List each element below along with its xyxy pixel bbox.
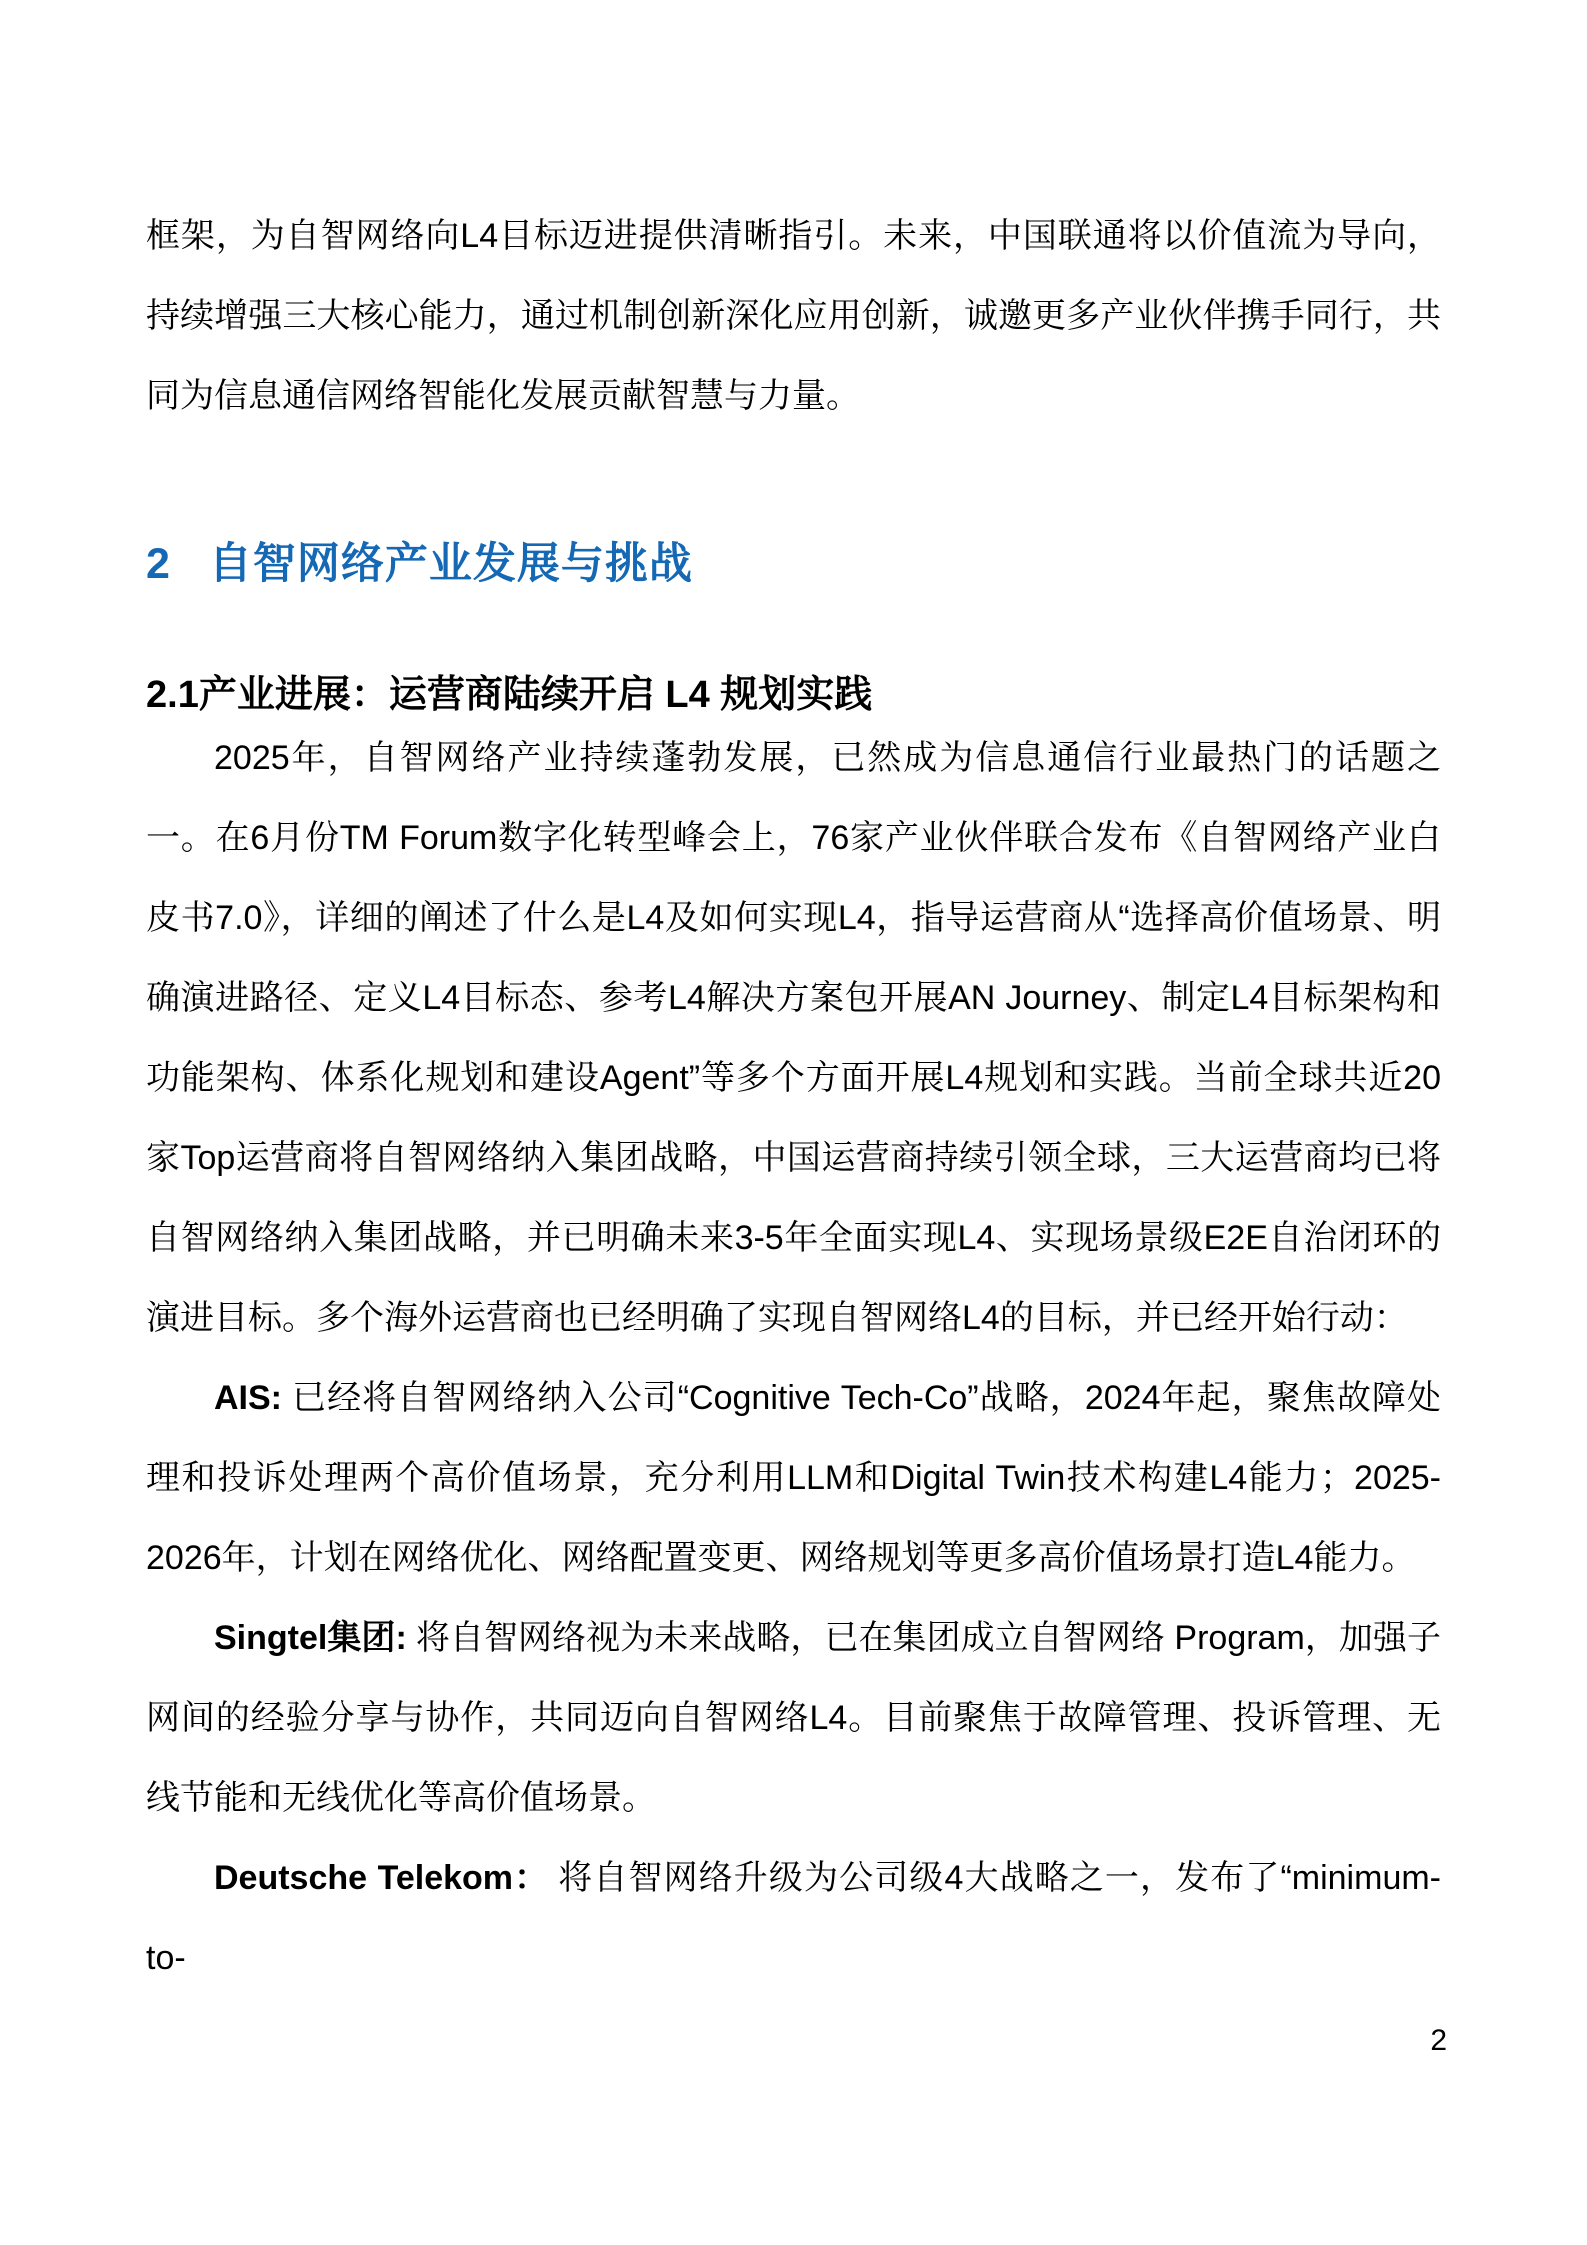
document-page: 框架，为自智网络向L4目标迈进提供清晰指引。未来，中国联通将以价值流为导向，持续… [0, 0, 1587, 2245]
section-number: 2 [146, 538, 171, 590]
paragraph-operator-ais: AIS:已经将自智网络纳入公司“Cognitive Tech-Co”战略，202… [146, 1358, 1441, 1598]
subsection-title: 产业进展：运营商陆续开启 L4 规划实践 [199, 674, 872, 716]
operator-name-ais: AIS: [214, 1379, 282, 1417]
paragraph-operator-deutsche-telekom: Deutsche Telekom：将自智网络升级为公司级4大战略之一，发布了“m… [146, 1838, 1441, 1998]
page-number: 2 [1430, 2023, 1447, 2059]
operator-name-singtel: Singtel集团: [214, 1619, 407, 1657]
subsection-number: 2.1 [146, 674, 199, 716]
operator-text-ais: 已经将自智网络纳入公司“Cognitive Tech-Co”战略，2024年起，… [146, 1379, 1441, 1577]
operator-name-deutsche-telekom: Deutsche Telekom： [214, 1859, 549, 1897]
paragraph-operator-singtel: Singtel集团:将自智网络视为未来战略，已在集团成立自智网络 Program… [146, 1598, 1441, 1838]
section-heading: 2 自智网络产业发展与挑战 [146, 538, 1441, 590]
paragraph-continuation: 框架，为自智网络向L4目标迈进提供清晰指引。未来，中国联通将以价值流为导向，持续… [146, 196, 1441, 436]
page-content: 框架，为自智网络向L4目标迈进提供清晰指引。未来，中国联通将以价值流为导向，持续… [146, 0, 1441, 1998]
subsection-heading: 2.1产业进展：运营商陆续开启 L4 规划实践 [146, 672, 1441, 718]
section-title: 自智网络产业发展与挑战 [209, 538, 693, 590]
paragraph-intro: 2025年，自智网络产业持续蓬勃发展，已然成为信息通信行业最热门的话题之一。在6… [146, 718, 1441, 1358]
